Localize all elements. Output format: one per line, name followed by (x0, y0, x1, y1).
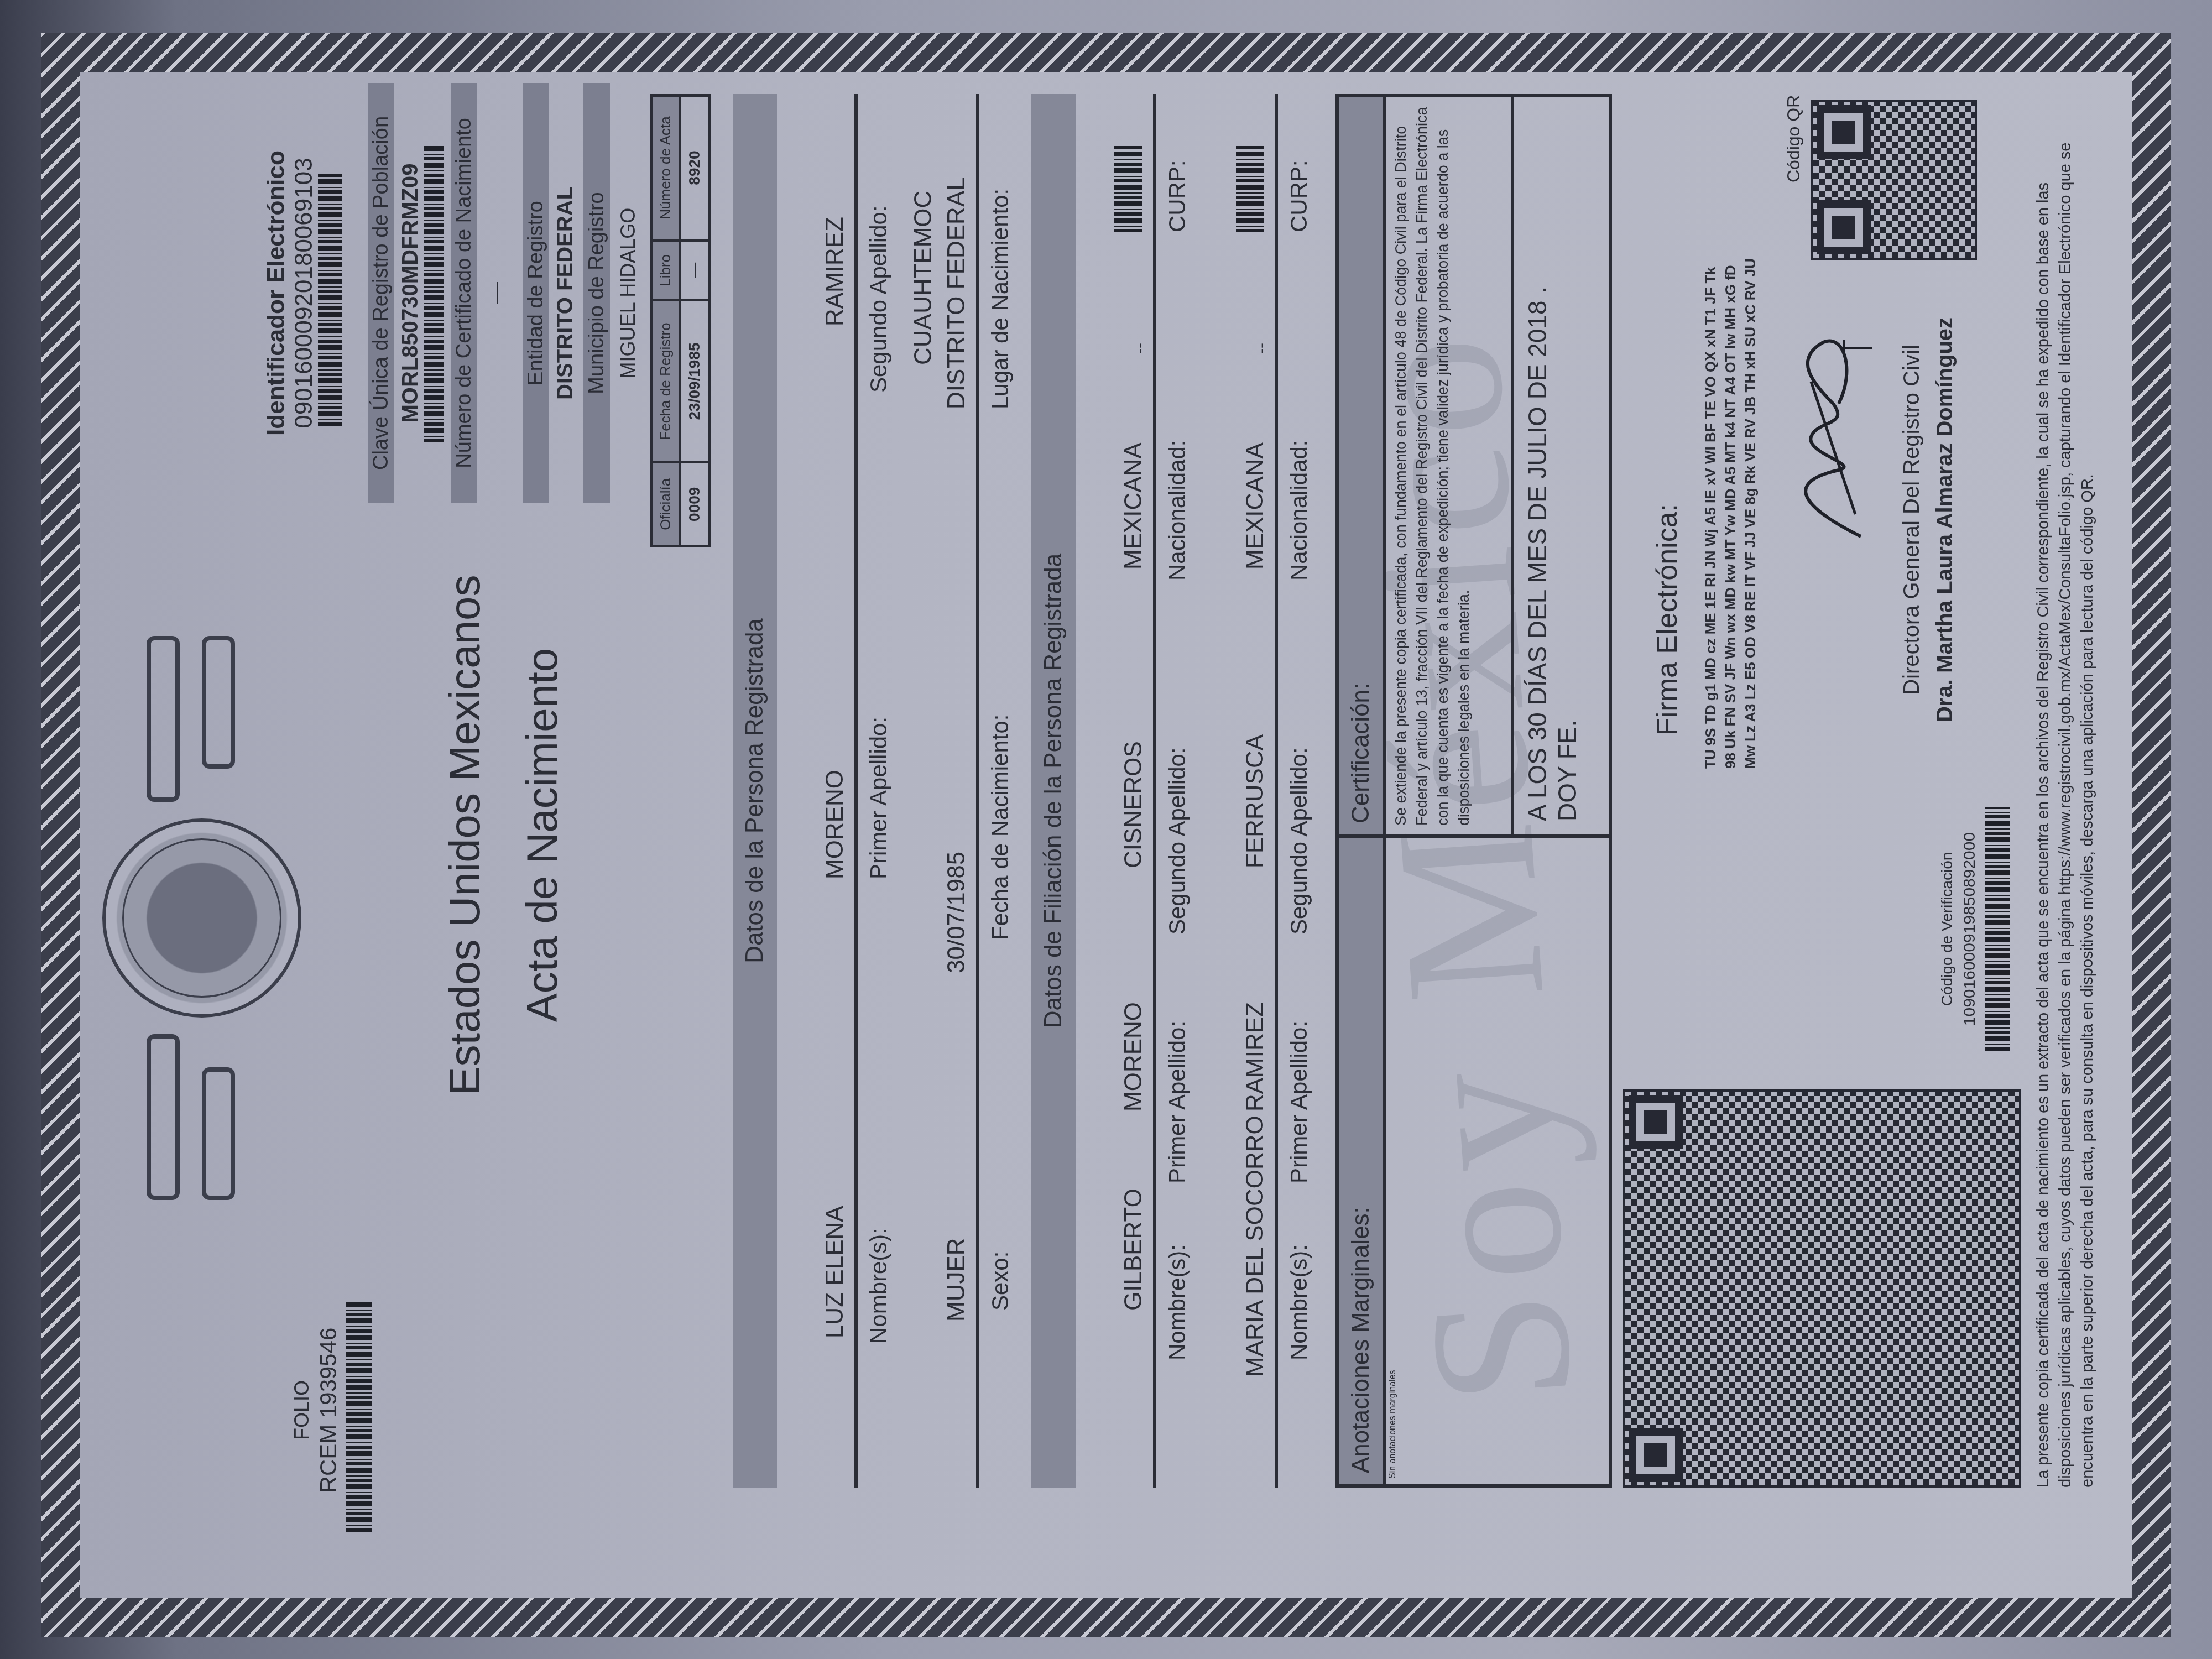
mother-primer-apellido-value: RAMIREZ (1241, 1002, 1269, 1112)
fret-ornament-right-2 (202, 636, 235, 769)
registry-municipality-value: MIGUEL HIDALGO (617, 83, 640, 503)
father-nacionalidad-label: Nacionalidad: (1164, 440, 1191, 581)
photo-background: Soy México FOLIO RCEM 1939546 Estados Un… (0, 0, 2212, 1659)
large-qr-code[interactable] (1623, 1089, 2021, 1488)
certification-date: A LOS 30 DÍAS DEL MES DE JULIO DE 2018 . (1522, 111, 1552, 821)
divider (854, 94, 858, 1488)
identifier-barcode (318, 171, 342, 426)
certification-box: Certificación: Se extiende la presente c… (1335, 94, 1612, 838)
cell-numero-acta: 8920 (680, 96, 709, 241)
registry-entity-value: DISTRITO FEDERAL (553, 83, 578, 503)
folio-value: RCEM 1939546 (315, 1266, 342, 1554)
small-qr-code[interactable] (1811, 100, 1977, 260)
father-nombres-value: GILBERTO (1120, 1188, 1147, 1311)
registry-entity-label: Entidad de Registro (523, 83, 549, 503)
annotations-body: Sin anotaciones marginales (1386, 838, 1400, 1484)
signature-code-line: 98 Uk FN SV JF Wn wx MD kw MT Yw MD A5 M… (1720, 258, 1740, 769)
mother-nombres-label: Nombre(s): (1286, 1244, 1312, 1360)
mother-nacionalidad-value: MEXICANA (1241, 442, 1269, 570)
person-sexo-value: MUJER (943, 1238, 971, 1322)
fret-ornament-right (147, 636, 180, 802)
father-nombres-label: Nombre(s): (1164, 1244, 1191, 1360)
person-segundo-apellido-value: RAMIREZ (821, 217, 849, 326)
verification-label: Código de Verificación (1938, 785, 1956, 1073)
person-nombres-value: LUZ ELENA (821, 1206, 849, 1338)
mother-segundo-apellido-label: Segundo Apellido: (1286, 747, 1312, 935)
col-oficialia: Oficialía (651, 462, 680, 546)
person-lugar-line1: CUAUHTEMOC (910, 191, 937, 365)
father-segundo-apellido-label: Segundo Apellido: (1164, 747, 1191, 935)
cell-fecha-registro: 23/09/1985 (680, 300, 709, 462)
mother-nombres-value: MARIA DEL SOCORRO (1241, 1115, 1269, 1377)
verification-barcode (1985, 807, 2010, 1051)
mother-segundo-apellido-value: FERRUSCA (1241, 734, 1269, 868)
father-primer-apellido-value: MORENO (1120, 1002, 1147, 1112)
person-fecha-nacimiento-value: 30/07/1985 (943, 852, 971, 973)
father-curp-value: -- (1131, 343, 1150, 354)
cell-oficialia: 0009 (680, 462, 709, 546)
national-seal-icon (102, 818, 301, 1018)
handwritten-signature-icon (1772, 326, 1883, 547)
cell-libro: — (680, 241, 709, 300)
father-curp-barcode (1114, 144, 1142, 232)
curp-value: MORL850730MDFRMZ09 (398, 83, 423, 503)
annotations-box: Anotaciones Marginales: Sin anotaciones … (1335, 835, 1612, 1488)
certificate-number-label: Número de Certificado de Nacimiento (451, 83, 477, 503)
curp-label: Clave Única de Registro de Población (368, 83, 394, 503)
certification-doy-fe: DOY FE. (1552, 111, 1582, 821)
signature-code-line: TU 9S TD g1 MD cz ME 1E RI JN Wj A5 IE x… (1700, 258, 1720, 769)
person-lugar-nacimiento-label: Lugar de Nacimiento: (987, 189, 1014, 409)
folio-label: FOLIO (290, 1266, 314, 1554)
paper: Soy México FOLIO RCEM 1939546 Estados Un… (80, 72, 2132, 1598)
person-section-header: Datos de la Persona Registrada (733, 94, 777, 1488)
identifier-label: Identificador Electrónico (263, 94, 290, 492)
folio-barcode (346, 1300, 372, 1532)
signature-code: TU 9S TD g1 MD cz ME 1E RI JN Wj A5 IE x… (1700, 258, 1760, 769)
person-primer-apellido-value: MORENO (821, 770, 849, 879)
divider (1153, 94, 1156, 1488)
person-segundo-apellido-label: Segundo Apellido: (865, 205, 892, 393)
father-segundo-apellido-value: CISNEROS (1120, 741, 1147, 868)
footer-legal-text: La presente copia certificada del acta d… (2032, 94, 2099, 1488)
verification-value: 109016000919850892000 (1960, 785, 1979, 1073)
registry-municipality-label: Municipio de Registro (583, 83, 610, 503)
qr-label: Código QR (1783, 95, 1804, 182)
director-title: Directora General Del Registro Civil (1900, 216, 1924, 824)
person-nombres-label: Nombre(s): (865, 1228, 892, 1344)
father-curp-label: CURP: (1164, 160, 1191, 232)
certification-body: Se extiende la presente copia certificad… (1386, 97, 1511, 834)
person-primer-apellido-label: Primer Apellido: (865, 717, 892, 879)
mother-curp-value: -- (1253, 343, 1271, 354)
mother-primer-apellido-label: Primer Apellido: (1286, 1021, 1312, 1183)
col-fecha-registro: Fecha de Registro (651, 300, 680, 462)
father-primer-apellido-label: Primer Apellido: (1164, 1021, 1191, 1183)
col-libro: Libro (651, 241, 680, 300)
certification-title: Certificación: (1339, 97, 1386, 834)
person-fecha-nacimiento-label: Fecha de Nacimiento: (987, 714, 1014, 940)
divider (1275, 94, 1278, 1488)
col-numero-acta: Número de Acta (651, 96, 680, 241)
annotations-title: Anotaciones Marginales: (1339, 838, 1386, 1484)
father-nacionalidad-value: MEXICANA (1120, 442, 1147, 570)
certificate-number-value: — (484, 83, 509, 503)
mother-nacionalidad-label: Nacionalidad: (1286, 440, 1312, 581)
signature-code-line: Mw Lz A3 Lz E5 OD V8 RE IT VF JJ VE 8g R… (1740, 258, 1760, 769)
curp-barcode (424, 144, 444, 442)
registry-table: Oficialía Fecha de Registro Libro Número… (650, 94, 711, 547)
fret-ornament-left (147, 1034, 180, 1200)
birth-certificate-document: Soy México FOLIO RCEM 1939546 Estados Un… (41, 33, 2171, 1637)
person-sexo-label: Sexo: (987, 1251, 1014, 1311)
parents-section-header: Datos de Filiación de la Persona Registr… (1031, 94, 1076, 1488)
identifier-value: 09016000920180069103 (290, 94, 318, 492)
fret-ornament-left-2 (202, 1067, 235, 1200)
divider (976, 94, 979, 1488)
mother-curp-barcode (1236, 144, 1264, 232)
person-lugar-line2: DISTRITO FEDERAL (943, 177, 971, 409)
director-name: Dra. Martha Laura Almaraz Domínguez (1933, 216, 1958, 824)
signature-title: Firma Electrónica: (1651, 504, 1684, 735)
mother-curp-label: CURP: (1286, 160, 1312, 232)
